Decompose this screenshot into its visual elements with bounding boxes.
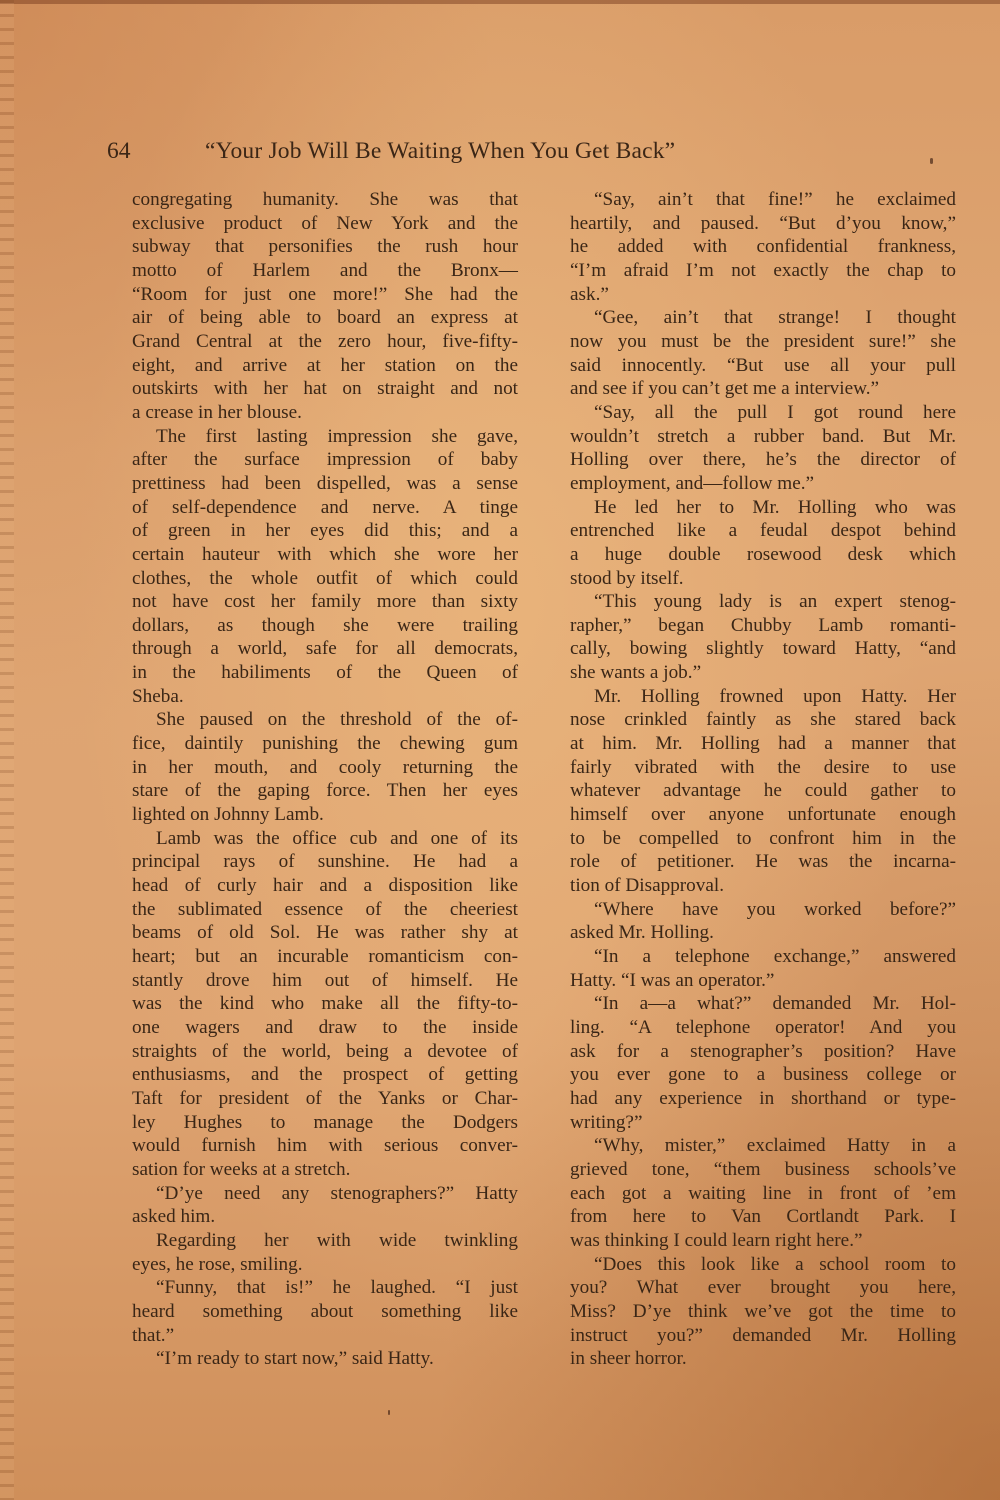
left-column: congregating humanity. She was thatexclu… [108, 188, 518, 1371]
text-line: himself over anyone unfortunate enough [546, 803, 956, 827]
text-line: “I’m ready to start now,” said Hatty. [108, 1347, 518, 1371]
text-line: Sheba. [108, 685, 518, 709]
text-line: not have cost her family more than sixty [108, 590, 518, 614]
paper-speck [930, 158, 933, 164]
text-line: he added with confidential frankness, [546, 235, 956, 259]
text-line: asked Mr. Holling. [546, 921, 956, 945]
text-line: each got a waiting line in front of ’em [546, 1182, 956, 1206]
text-line: motto of Harlem and the Bronx— [108, 259, 518, 283]
running-head: 64 “Your Job Will Be Waiting When You Ge… [107, 138, 897, 170]
text-line: now you must be the president sure!” she [546, 330, 956, 354]
text-line: certain hauteur with which she wore her [108, 543, 518, 567]
paragraph: “Gee, ain’t that strange! I thoughtnow y… [546, 306, 956, 401]
page-top-edge [0, 0, 1000, 4]
text-line: enthusiasms, and the prospect of getting [108, 1063, 518, 1087]
text-line: through a world, safe for all democrats, [108, 637, 518, 661]
text-line: of green in her eyes did this; and a [108, 519, 518, 543]
binding-edge [0, 0, 14, 1500]
text-line: “Funny, that is!” he laughed. “I just [108, 1276, 518, 1300]
paragraph: “Why, mister,” exclaimed Hatty in agriev… [546, 1134, 956, 1252]
page-number: 64 [107, 138, 131, 165]
text-line: stood by itself. [546, 567, 956, 591]
text-line: had any experience in shorthand or type- [546, 1087, 956, 1111]
right-column: “Say, ain’t that fine!” he exclaimedhear… [546, 188, 956, 1371]
text-line: at him. Mr. Holling had a manner that [546, 732, 956, 756]
paragraph: congregating humanity. She was thatexclu… [108, 188, 518, 425]
text-line: eight, and arrive at her station on the [108, 354, 518, 378]
text-line: cally, bowing slightly toward Hatty, “an… [546, 637, 956, 661]
text-line: He led her to Mr. Holling who was [546, 496, 956, 520]
paragraph: “In a telephone exchange,” answeredHatty… [546, 945, 956, 992]
text-line: lighted on Johnny Lamb. [108, 803, 518, 827]
text-line: of self-dependence and nerve. A tinge [108, 496, 518, 520]
text-line: The first lasting impression she gave, [108, 425, 518, 449]
text-line: fairly vibrated with the desire to use [546, 756, 956, 780]
text-line: Regarding her with wide twinkling [108, 1229, 518, 1253]
text-line: “I’m afraid I’m not exactly the chap to [546, 259, 956, 283]
text-line: air of being able to board an express at [108, 306, 518, 330]
text-line: stare of the gaping force. Then her eyes [108, 779, 518, 803]
text-line: stantly drove him out of himself. He [108, 969, 518, 993]
text-line: “Say, ain’t that fine!” he exclaimed [546, 188, 956, 212]
text-line: sation for weeks at a stretch. [108, 1158, 518, 1182]
text-line: that.” [108, 1324, 518, 1348]
text-line: after the surface impression of baby [108, 448, 518, 472]
text-line: you ever gone to a business college or [546, 1063, 956, 1087]
paragraph: Lamb was the office cub and one of itspr… [108, 827, 518, 1182]
text-line: the sublimated essence of the cheeriest [108, 898, 518, 922]
text-line: principal rays of sunshine. He had a [108, 850, 518, 874]
text-line: whatever advantage he could gather to [546, 779, 956, 803]
text-line: “This young lady is an expert stenog- [546, 590, 956, 614]
text-line: you? What ever brought you here, [546, 1276, 956, 1300]
text-line: entrenched like a feudal despot behind [546, 519, 956, 543]
text-line: Hatty. “I was an operator.” [546, 969, 956, 993]
text-line: “Why, mister,” exclaimed Hatty in a [546, 1134, 956, 1158]
paragraph: Mr. Holling frowned upon Hatty. Hernose … [546, 685, 956, 898]
text-line: “Does this look like a school room to [546, 1253, 956, 1277]
text-line: Miss? D’ye think we’ve got the time to [546, 1300, 956, 1324]
text-line: tion of Disapproval. [546, 874, 956, 898]
text-line: and see if you can’t get me a interview.… [546, 377, 956, 401]
paragraph: “Does this look like a school room toyou… [546, 1253, 956, 1371]
text-line: Lamb was the office cub and one of its [108, 827, 518, 851]
paper-speck [388, 1410, 390, 1415]
text-line: outskirts with her hat on straight and n… [108, 377, 518, 401]
text-line: fice, daintily punishing the chewing gum [108, 732, 518, 756]
text-line: “In a—a what?” demanded Mr. Hol- [546, 992, 956, 1016]
text-line: beams of old Sol. He was rather shy at [108, 921, 518, 945]
text-line: subway that personifies the rush hour [108, 235, 518, 259]
paragraph: “D’ye need any stenographers?” Hattyaske… [108, 1182, 518, 1229]
text-line: would furnish him with serious conver- [108, 1134, 518, 1158]
text-line: ling. “A telephone operator! And you [546, 1016, 956, 1040]
text-line: in the habiliments of the Queen of [108, 661, 518, 685]
text-line: Mr. Holling frowned upon Hatty. Her [546, 685, 956, 709]
text-line: ley Hughes to manage the Dodgers [108, 1111, 518, 1135]
paragraph: “Funny, that is!” he laughed. “I justhea… [108, 1276, 518, 1347]
text-line: in her mouth, and cooly returning the [108, 756, 518, 780]
text-line: she wants a job.” [546, 661, 956, 685]
text-line: Holling over there, he’s the director of [546, 448, 956, 472]
text-line: She paused on the threshold of the of- [108, 708, 518, 732]
text-line: one wagers and draw to the inside [108, 1016, 518, 1040]
text-line: said innocently. “But use all your pull [546, 354, 956, 378]
text-line: heartily, and paused. “But d’you know,” [546, 212, 956, 236]
text-line: eyes, he rose, smiling. [108, 1253, 518, 1277]
text-line: “D’ye need any stenographers?” Hatty [108, 1182, 518, 1206]
text-line: congregating humanity. She was that [108, 188, 518, 212]
text-line: Grand Central at the zero hour, five-fif… [108, 330, 518, 354]
text-line: “Room for just one more!” She had the [108, 283, 518, 307]
text-line: writing?” [546, 1111, 956, 1135]
text-line: from here to Van Cortlandt Park. I [546, 1205, 956, 1229]
paragraph: “Say, ain’t that fine!” he exclaimedhear… [546, 188, 956, 306]
text-line: prettiness had been dispelled, was a sen… [108, 472, 518, 496]
text-line: clothes, the whole outfit of which could [108, 567, 518, 591]
text-line: wouldn’t stretch a rubber band. But Mr. [546, 425, 956, 449]
paragraph: She paused on the threshold of the of-fi… [108, 708, 518, 826]
text-line: Taft for president of the Yanks or Char- [108, 1087, 518, 1111]
text-line: was the kind who make all the fifty-to- [108, 992, 518, 1016]
paragraph: “Where have you worked before?”asked Mr.… [546, 898, 956, 945]
text-line: to be compelled to confront him in the [546, 827, 956, 851]
text-line: asked him. [108, 1205, 518, 1229]
text-line: a crease in her blouse. [108, 401, 518, 425]
text-line: rapher,” began Chubby Lamb romanti- [546, 614, 956, 638]
text-line: straights of the world, being a devotee … [108, 1040, 518, 1064]
text-line: “Where have you worked before?” [546, 898, 956, 922]
text-line: “Say, all the pull I got round here [546, 401, 956, 425]
paragraph: He led her to Mr. Holling who wasentrenc… [546, 496, 956, 591]
text-line: “In a telephone exchange,” answered [546, 945, 956, 969]
text-line: head of curly hair and a disposition lik… [108, 874, 518, 898]
paragraph: “I’m ready to start now,” said Hatty. [108, 1347, 518, 1371]
text-line: heard something about something like [108, 1300, 518, 1324]
text-line: in sheer horror. [546, 1347, 956, 1371]
text-line: dollars, as though she were trailing [108, 614, 518, 638]
text-line: “Gee, ain’t that strange! I thought [546, 306, 956, 330]
text-line: heart; but an incurable romanticism con- [108, 945, 518, 969]
text-line: ask.” [546, 283, 956, 307]
text-line: ask for a stenographer’s position? Have [546, 1040, 956, 1064]
text-line: a huge double rosewood desk which [546, 543, 956, 567]
text-line: instruct you?” demanded Mr. Holling [546, 1324, 956, 1348]
text-line: was thinking I could learn right here.” [546, 1229, 956, 1253]
text-line: employment, and—follow me.” [546, 472, 956, 496]
paragraph: Regarding her with wide twinklingeyes, h… [108, 1229, 518, 1276]
text-line: nose crinkled faintly as she stared back [546, 708, 956, 732]
running-title: “Your Job Will Be Waiting When You Get B… [205, 138, 675, 165]
text-line: grieved tone, “them business schools’ve [546, 1158, 956, 1182]
text-line: exclusive product of New York and the [108, 212, 518, 236]
paragraph: “Say, all the pull I got round herewould… [546, 401, 956, 496]
text-line: role of petitioner. He was the incarna- [546, 850, 956, 874]
paragraph: The first lasting impression she gave,af… [108, 425, 518, 709]
paragraph: “In a—a what?” demanded Mr. Hol-ling. “A… [546, 992, 956, 1134]
paragraph: “This young lady is an expert stenog-rap… [546, 590, 956, 685]
